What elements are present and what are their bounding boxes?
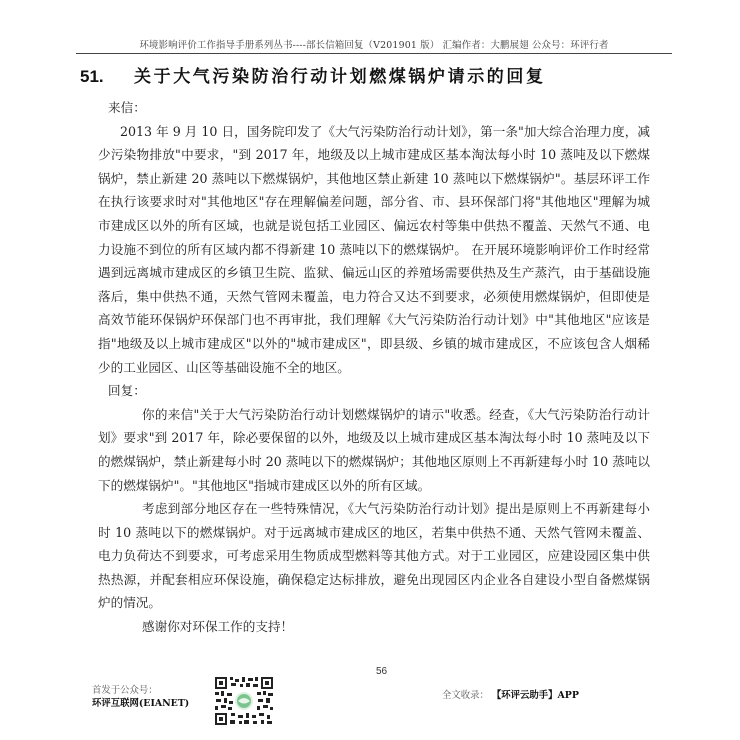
- header-divider: [76, 53, 672, 54]
- letter-paragraph: 2013 年 9 月 10 日，国务院印发了《大气污染防治行动计划》，第一条"加…: [98, 120, 650, 380]
- letter-label: 来信：: [98, 96, 650, 120]
- reply-paragraph: 你的来信"关于大气污染防治行动计划燃煤锅炉的请示"收悉。经查，《大气污染防治行动…: [98, 403, 650, 497]
- running-header: 环境影响评价工作指导手册系列丛书----部长信箱回复（V201901 版） 汇编…: [76, 37, 672, 51]
- article-body: 来信： 2013 年 9 月 10 日，国务院印发了《大气污染防治行动计划》，第…: [98, 96, 650, 639]
- page-number: 56: [376, 666, 387, 677]
- article-number: 51.: [80, 67, 134, 87]
- article-title-text: 关于大气污染防治行动计划燃煤锅炉请示的回复: [134, 67, 546, 87]
- published-account: 环评互联网(EIANET): [92, 697, 189, 710]
- qr-code-icon: [213, 675, 275, 727]
- published-label: 首发于公众号：: [92, 684, 189, 697]
- article-title: 51.关于大气污染防治行动计划燃煤锅炉请示的回复: [80, 62, 680, 87]
- collection-app: 【环评云助手】APP: [492, 690, 579, 701]
- collection-label: 全文收录：: [442, 690, 489, 701]
- reply-closing: 感谢你对环保工作的支持！: [98, 615, 650, 639]
- reply-paragraph: 考虑到部分地区存在一些特殊情况，《大气污染防治行动计划》提出是原则上不再新建每小…: [98, 497, 650, 615]
- publisher-info: 首发于公众号： 环评互联网(EIANET): [92, 684, 189, 710]
- reply-label: 回复：: [98, 379, 650, 403]
- collection-info: 全文收录： 【环评云助手】APP: [442, 687, 579, 701]
